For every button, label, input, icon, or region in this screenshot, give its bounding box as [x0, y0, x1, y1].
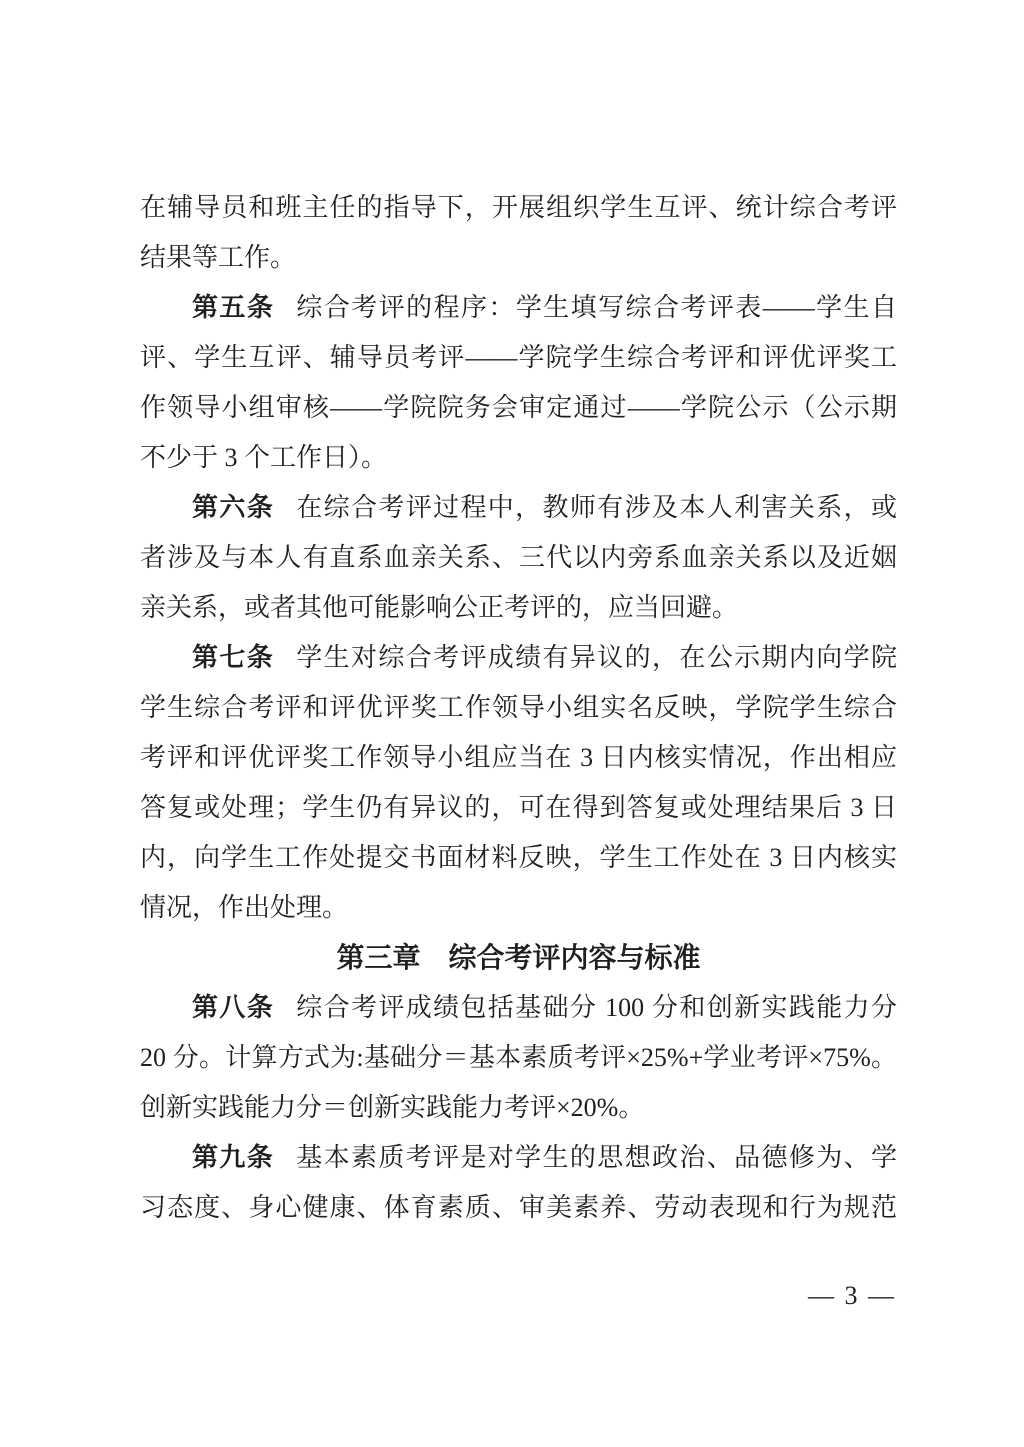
article-number: 第七条 — [192, 643, 274, 672]
text-line paragraph-end: 结果等工作。 — [140, 233, 897, 283]
text-line paragraph-end: 亲关系，或者其他可能影响公正考评的，应当回避。 — [140, 583, 897, 633]
article-number: 第六条 — [192, 493, 274, 522]
text-line paragraph-end: 创新实践能力分＝创新实践能力考评×20%。 — [140, 1083, 897, 1133]
text-line paragraph-end: 情况，作出处理。 — [140, 883, 897, 933]
text-line: 在辅导员和班主任的指导下，开展组织学生互评、统计综合考评 — [140, 183, 897, 233]
line-text: 基本素质考评是对学生的思想政治、品德修为、学 — [296, 1143, 897, 1172]
text-line: 习态度、身心健康、体育素质、审美素养、劳动表现和行为规范 — [140, 1183, 897, 1233]
text-line article-start: 第七条学生对综合考评成绩有异议的，在公示期内向学院 — [140, 633, 897, 683]
text-line: 内，向学生工作处提交书面材料反映，学生工作处在 3 日内核实 — [140, 833, 897, 883]
document-page: 在辅导员和班主任的指导下，开展组织学生互评、统计综合考评 结果等工作。 第五条综… — [0, 0, 1024, 1447]
text-line: 学生综合考评和评优评奖工作领导小组实名反映，学院学生综合 — [140, 683, 897, 733]
text-line article-start: 第六条在综合考评过程中，教师有涉及本人利害关系，或 — [140, 483, 897, 533]
text-line article-start: 第八条综合考评成绩包括基础分 100 分和创新实践能力分 — [140, 983, 897, 1033]
text-line: 作领导小组审核——学院院务会审定通过——学院公示（公示期 — [140, 383, 897, 433]
document-body: 在辅导员和班主任的指导下，开展组织学生互评、统计综合考评 结果等工作。 第五条综… — [140, 183, 897, 1233]
text-line: 者涉及与本人有直系血亲关系、三代以内旁系血亲关系以及近姻 — [140, 533, 897, 583]
line-text: 学生对综合考评成绩有异议的，在公示期内向学院 — [296, 643, 897, 672]
article-number: 第五条 — [192, 293, 274, 322]
text-line: 答复或处理；学生仍有异议的，可在得到答复或处理结果后 3 日 — [140, 783, 897, 833]
article-number: 第九条 — [192, 1143, 274, 1172]
text-line article-start: 第五条综合考评的程序：学生填写综合考评表——学生自 — [140, 283, 897, 333]
text-line: 评、学生互评、辅导员考评——学院学生综合考评和评优评奖工 — [140, 333, 897, 383]
text-line article-start: 第九条基本素质考评是对学生的思想政治、品德修为、学 — [140, 1133, 897, 1183]
line-text: 综合考评成绩包括基础分 100 分和创新实践能力分 — [296, 993, 897, 1022]
line-text: 综合考评的程序：学生填写综合考评表——学生自 — [296, 293, 897, 322]
text-line: 考评和评优评奖工作领导小组应当在 3 日内核实情况，作出相应 — [140, 733, 897, 783]
text-line: 20 分。计算方式为:基础分＝基本素质考评×25%+学业考评×75%。 — [140, 1033, 897, 1083]
line-text: 在综合考评过程中，教师有涉及本人利害关系，或 — [296, 493, 897, 522]
chapter-heading: 第三章 综合考评内容与标准 — [140, 933, 897, 983]
article-number: 第八条 — [192, 993, 274, 1022]
page-number: — 3 — — [808, 1281, 896, 1311]
text-line paragraph-end: 不少于 3 个工作日）。 — [140, 433, 897, 483]
